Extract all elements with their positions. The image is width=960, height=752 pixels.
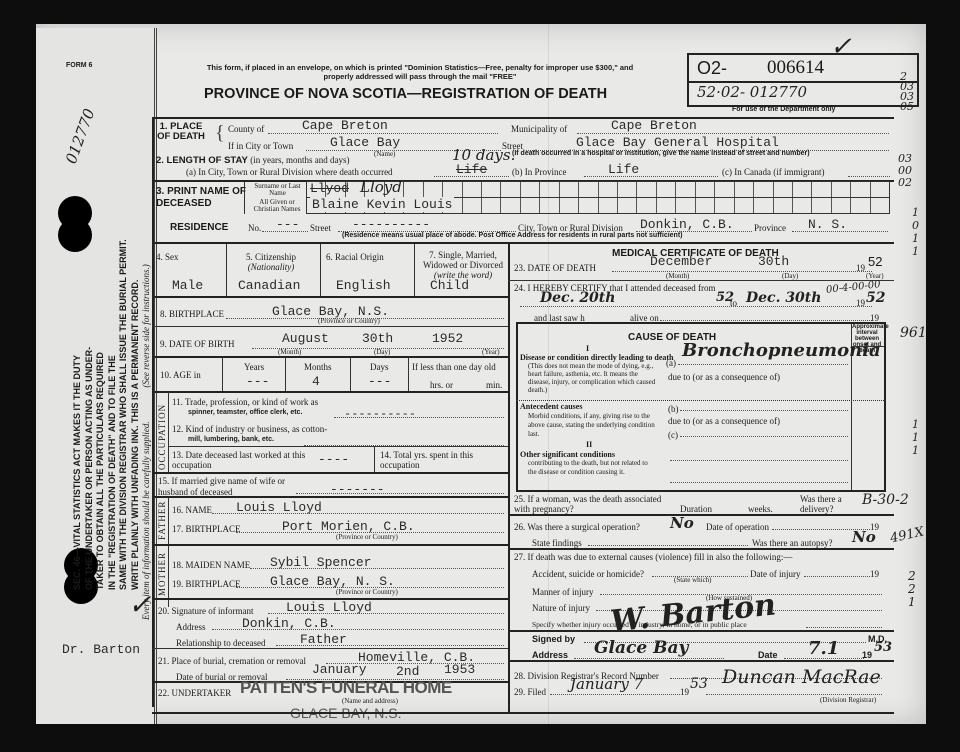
part-two-label: II: [586, 440, 592, 449]
manner-label: Manner of injury: [532, 587, 593, 597]
trade-field[interactable]: ----------: [334, 404, 504, 418]
year-caption: (Year): [482, 348, 500, 356]
month-caption: (Month): [278, 348, 301, 356]
months-value: 4: [312, 374, 320, 389]
trade-label: 11. Trade, profession, or kind of work a…: [172, 397, 318, 407]
residence-label: RESIDENCE: [170, 222, 228, 233]
relationship-field[interactable]: Father: [276, 630, 504, 646]
physician-address: Glace Bay: [594, 638, 688, 658]
surname-value: Lloyd: [360, 178, 402, 196]
to-year-prefix: 19: [856, 298, 865, 308]
mail-notice: This form, if placed in an envelope, on …: [200, 63, 640, 81]
street-field[interactable]: Glace Bay General Hospital: [526, 133, 889, 151]
father-birthplace-field[interactable]: Port Morien, C.B.: [236, 517, 504, 533]
dod-day: 30th: [758, 254, 789, 269]
cause-c-label: (c): [668, 430, 678, 440]
spouse-field[interactable]: -------: [296, 480, 504, 494]
birthplace-caption: (Province or Country): [318, 317, 380, 325]
statute-text: SEC. 46—VITAL STATISTICS ACT MAKES IT TH…: [72, 239, 141, 590]
sex-value: Male: [172, 278, 203, 293]
father-birthplace-label: 17. BIRTHPLACE: [172, 524, 240, 534]
birthplace-label: 8. BIRTHPLACE: [160, 309, 224, 319]
cause-a-label: (a): [666, 358, 676, 368]
dod-year: 52: [868, 254, 882, 269]
margin-codes-injury: 221: [908, 570, 916, 609]
min-label: min.: [486, 380, 502, 390]
surgery-value: No: [670, 514, 694, 532]
father-name-field[interactable]: Louis Lloyd: [212, 498, 504, 514]
racial-origin-label: 6. Racial Origin: [326, 252, 384, 262]
registrar-signature: Duncan MacRae: [722, 666, 881, 688]
filed-date: January 7: [570, 675, 643, 693]
autopsy-value: No: [852, 528, 876, 546]
informant-address-field[interactable]: Donkin, C.B.: [212, 614, 504, 630]
cause-a-value: Bronchopneumonia: [682, 340, 881, 361]
physician-stamp: Dr. Barton: [62, 642, 140, 657]
attended-from: Dec. 20th: [540, 290, 615, 306]
stay-a-label: (a) In City, Town or Rural Division wher…: [186, 167, 393, 177]
residence-no-field[interactable]: ---: [262, 215, 308, 232]
injury-date-field[interactable]: [804, 563, 870, 577]
undertaker-stamp: PATTEN'S FUNERAL HOME: [240, 678, 452, 698]
dod-year-prefix: 19: [856, 263, 865, 273]
accident-field[interactable]: [652, 563, 748, 577]
mother-birthplace-caption: (Province or Country): [336, 588, 398, 596]
cause-b-label: (b): [668, 404, 679, 414]
age-label: 10. AGE in: [160, 370, 201, 380]
industry-examples: mill, lumbering, bank, etc.: [188, 436, 274, 443]
department-box: O2- 006614 52·02- 012770: [687, 53, 919, 107]
relationship-label: Relationship to deceased: [176, 638, 265, 648]
injury-date-label: Date of injury: [750, 569, 800, 579]
days-label: Days: [370, 362, 389, 372]
county-field[interactable]: Cape Breton: [268, 116, 498, 134]
years-label: Years: [244, 362, 264, 372]
direct-cause-label: Disease or condition directly leading to…: [520, 353, 673, 362]
mother-name-label: 18. MAIDEN NAME: [172, 560, 250, 570]
findings-field[interactable]: [588, 532, 748, 546]
attended-to-year: 52: [866, 290, 885, 306]
autopsy-label: Was there an autopsy?: [752, 538, 833, 548]
father-name-label: 16. NAME: [172, 505, 212, 515]
years-value: ---: [246, 374, 269, 389]
residence-note: (Residence means usual place of abode. P…: [342, 232, 683, 239]
occupation-section-label: OCCUPATION: [157, 404, 167, 470]
margin-codes-top: 2030305: [900, 72, 914, 112]
cause-c-field[interactable]: [680, 424, 848, 437]
dod-day-caption: (Day): [782, 272, 798, 280]
form-number: FORM 6: [66, 62, 92, 69]
to-label: to: [730, 298, 737, 308]
stay-c-label: (c) In Canada (if immigrant): [722, 167, 824, 177]
bottom-border: [152, 712, 894, 716]
day-caption: (Day): [374, 348, 390, 356]
province-label: Province: [754, 223, 786, 233]
less-than-day-label: If less than one day old: [412, 362, 496, 372]
delivery-code: B-30-2: [862, 492, 909, 508]
attended-to: Dec. 30th: [746, 290, 821, 306]
length-of-stay-heading: 2. LENGTH OF STAY (in years, months and …: [156, 155, 349, 166]
burial-month: January: [312, 662, 367, 677]
hospital-note: (If death occurred in a hospital or inst…: [512, 150, 810, 157]
dob-month: August: [282, 331, 329, 346]
mother-name-field[interactable]: Sybil Spencer: [250, 553, 504, 569]
province-field[interactable]: N. S.: [792, 215, 888, 232]
dept-prefix: O2-: [697, 58, 727, 79]
city-label: If in City or Town: [228, 141, 293, 151]
due-to-a: due to (or as a consequence of): [668, 372, 780, 382]
dept-caption: For use of the Department only: [732, 106, 835, 113]
dob-year: 1952: [432, 331, 463, 346]
citizenship-label: 5. Citizenship(Nationality): [232, 252, 310, 272]
spouse-label: 15. If married give name of wife or husb…: [158, 476, 298, 498]
last-worked-label: 13. Date deceased last worked at this oc…: [172, 450, 322, 470]
trade-examples: spinner, teamster, office clerk, etc.: [188, 409, 302, 416]
stay-b-field[interactable]: Life: [584, 160, 718, 177]
accident-label: Accident, suicide or homicide?: [532, 569, 644, 579]
check-mark-icon: ✓: [830, 32, 852, 62]
given-name-value: Blaine Kevin Louis: [310, 197, 454, 212]
mother-section-label: MOTHER: [157, 552, 167, 596]
county-label: County of: [228, 124, 264, 134]
divider: [152, 242, 894, 246]
dob-label: 9. DATE OF BIRTH: [160, 339, 234, 349]
page-title: PROVINCE OF NOVA SCOTIA—REGISTRATION OF …: [204, 86, 607, 102]
undertaker-label: 22. UNDERTAKER: [158, 688, 231, 698]
informant-address-label: Address: [176, 622, 206, 632]
dept-handwritten-number: 52·02- 012770: [697, 83, 807, 101]
dod-month: December: [650, 254, 712, 269]
part-one-label: I: [586, 344, 589, 353]
dept-serial: 006614: [767, 57, 824, 79]
burial-day: 2nd: [396, 664, 419, 679]
address-label: Address: [532, 650, 568, 660]
hrs-label: hrs. or: [430, 380, 453, 390]
delivery-label: Was there a delivery?: [800, 494, 860, 514]
city-caption: (Name): [374, 150, 395, 158]
sex-label: 4. Sex: [156, 252, 179, 262]
father-section-label: FATHER: [157, 501, 167, 540]
cause-b-field[interactable]: [680, 396, 848, 411]
mother-birthplace-label: 19. BIRTHPLACE: [172, 579, 240, 589]
residence-no-label: No.: [248, 223, 261, 233]
dob-day: 30th: [362, 331, 393, 346]
column-divider: [508, 242, 510, 712]
last-worked-value: ----: [318, 452, 349, 467]
operation-date-label: Date of operation: [706, 522, 769, 532]
residence-street-field[interactable]: ----------: [338, 215, 516, 232]
other-conditions-field-1[interactable]: [670, 450, 848, 461]
signed-by-label: Signed by: [532, 634, 575, 644]
other-conditions-label: Other significant conditions: [520, 450, 615, 459]
frame-left: [152, 117, 154, 707]
name-label: 3. PRINT NAME OF DECEASED: [156, 186, 246, 210]
marital-label: 7. Single, Married, Widowed or Divorced(…: [418, 250, 508, 280]
residence-city-field[interactable]: Donkin, C.B.: [636, 215, 752, 232]
dod-month-caption: (Month): [666, 272, 689, 280]
margin-codes-conditions: 111: [912, 418, 919, 457]
industry-field[interactable]: [304, 432, 504, 446]
nature-label: Nature of injury: [532, 603, 590, 613]
last-saw-field[interactable]: [660, 308, 872, 321]
check-mark-icon: ✓: [128, 588, 151, 621]
signed-date: 7.1: [808, 638, 839, 659]
careful-note: Every item of information should be care…: [141, 264, 151, 620]
mother-birthplace-field[interactable]: Glace Bay, N. S.: [236, 572, 504, 588]
duration-label: Duration: [680, 504, 712, 514]
injury-year-prefix: 19: [870, 569, 879, 579]
months-label: Months: [304, 362, 332, 372]
marital-value: Child: [430, 278, 469, 293]
dod-label: 23. DATE OF DEATH: [514, 263, 596, 273]
registrar-caption: (Division Registrar): [820, 696, 876, 704]
racial-origin-value: English: [336, 278, 391, 293]
surname-label: Surname or Last Name: [250, 183, 305, 197]
external-causes-label: 27. If death was due to external causes …: [514, 552, 792, 562]
stay-b-label: (b) In Province: [512, 167, 566, 177]
other-conditions-note: contributing to the death, but not relat…: [528, 459, 658, 477]
signed-year-prefix: 19: [862, 650, 872, 660]
brace: {: [215, 122, 225, 144]
burial-place-label: 21. Place of burial, cremation or remova…: [158, 656, 306, 666]
surname-struck: Llyod: [310, 181, 349, 196]
stay-a-field[interactable]: Life: [434, 160, 509, 177]
undertaker-caption: (Name and address): [342, 697, 398, 705]
filed-label: 29. Filed: [514, 687, 546, 697]
residence-street-label: Street: [310, 223, 331, 233]
given-label: All Given or Christian Names: [247, 199, 307, 213]
margin-codes-personal: 1011: [912, 206, 919, 258]
informant-field[interactable]: Louis Lloyd: [268, 598, 504, 614]
date-label: Date: [758, 650, 778, 660]
filed-year-prefix: 19: [680, 687, 689, 697]
weeks-label: weeks.: [748, 504, 773, 514]
burial-year: 1953: [444, 662, 475, 677]
signed-year: 53: [874, 640, 892, 655]
antecedent-note: Morbid conditions, if any, giving rise t…: [528, 412, 656, 439]
surgery-label: 26. Was there a surgical operation?: [514, 522, 640, 532]
municipality-field[interactable]: Cape Breton: [577, 116, 889, 134]
father-birthplace-caption: (Province or Country): [336, 533, 398, 541]
days-value: ---: [368, 374, 391, 389]
total-years-label: 14. Total yrs. spent in this occupation: [380, 450, 490, 470]
direct-cause-note: (This does not mean the mode of dying, e…: [528, 362, 658, 394]
margin-code-cause: 961: [900, 325, 927, 341]
place-of-death-label: 1. PLACE OF DEATH: [156, 122, 206, 142]
findings-label: State findings: [532, 538, 582, 548]
other-conditions-field-2[interactable]: [670, 472, 848, 483]
margin-codes-stay: 030002: [898, 153, 912, 189]
antecedent-label: Antecedent causes: [520, 402, 582, 411]
citizenship-value: Canadian: [238, 278, 300, 293]
specify-field[interactable]: [806, 615, 882, 628]
stay-c-field[interactable]: [848, 160, 890, 177]
pregnancy-label: 25. If a woman, was the death associated…: [514, 494, 664, 514]
